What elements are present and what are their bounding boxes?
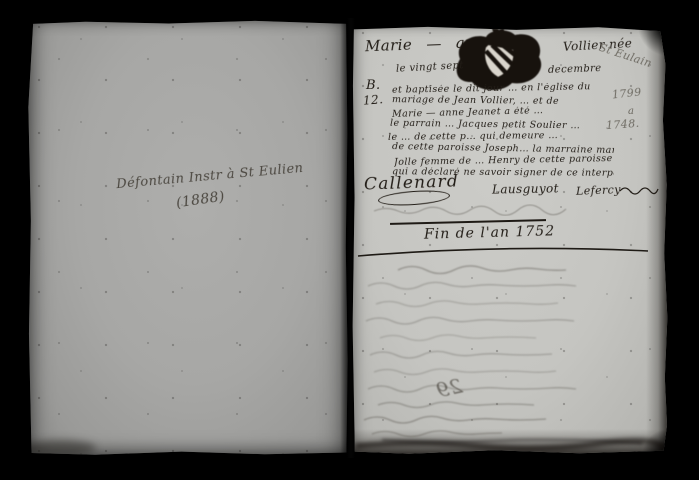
act-body-line: le parrain … Jacques petit Soulier … (390, 119, 580, 131)
signature-flourish (618, 184, 660, 196)
signature: Lausguyot (492, 182, 559, 195)
bottom-edge-smudge (352, 430, 668, 456)
right-page: Marie — anne Vollier née le vingt sept d… (352, 26, 668, 455)
act-body-line: Marie — anne Jeanet a été … (392, 106, 544, 119)
corner-year-top: 1799 (612, 86, 643, 100)
archival-scan: Défontain Instr à St Eulien (1888) Marie… (0, 0, 699, 480)
record-name: Marie — anne (365, 35, 495, 55)
bleed-through-line (372, 204, 602, 216)
act-body-line: mariage de Jean Vollier, … et de (392, 95, 559, 106)
record-date-month: decembre (548, 64, 602, 76)
act-body-line: et baptisée le dit jour … en l'église du (392, 82, 591, 95)
bleed-through-squiggles (358, 264, 656, 446)
bleed-through-page-number: 29 (434, 375, 464, 400)
archivist-note: Défontain Instr à St Eulien (116, 162, 304, 191)
act-body-line: de cette paroisse Joseph… la marraine ma… (392, 142, 614, 155)
margin-act-number: 12. (363, 93, 384, 106)
act-body-line: le … de cette p… qui demeure … (388, 131, 558, 142)
margin-letter-b: B. (366, 79, 381, 92)
corner-year-conjunction: a (628, 107, 634, 117)
act-body-line: Jolle femme de … Henry de cette paroisse (394, 154, 613, 167)
signature: Lefercy (576, 184, 621, 197)
divider-curve-below (356, 242, 652, 260)
archivist-note-year: (1888) (175, 190, 225, 211)
year-end-caption: Fin de l'an 1752 (424, 224, 555, 241)
left-page: Défontain Instr à St Eulien (1888) (28, 20, 348, 456)
paper-texture (28, 20, 348, 456)
edge-smudge (22, 428, 112, 458)
record-date-day: le vingt sept (396, 61, 464, 75)
corner-year-bottom: 1748. (606, 118, 640, 131)
